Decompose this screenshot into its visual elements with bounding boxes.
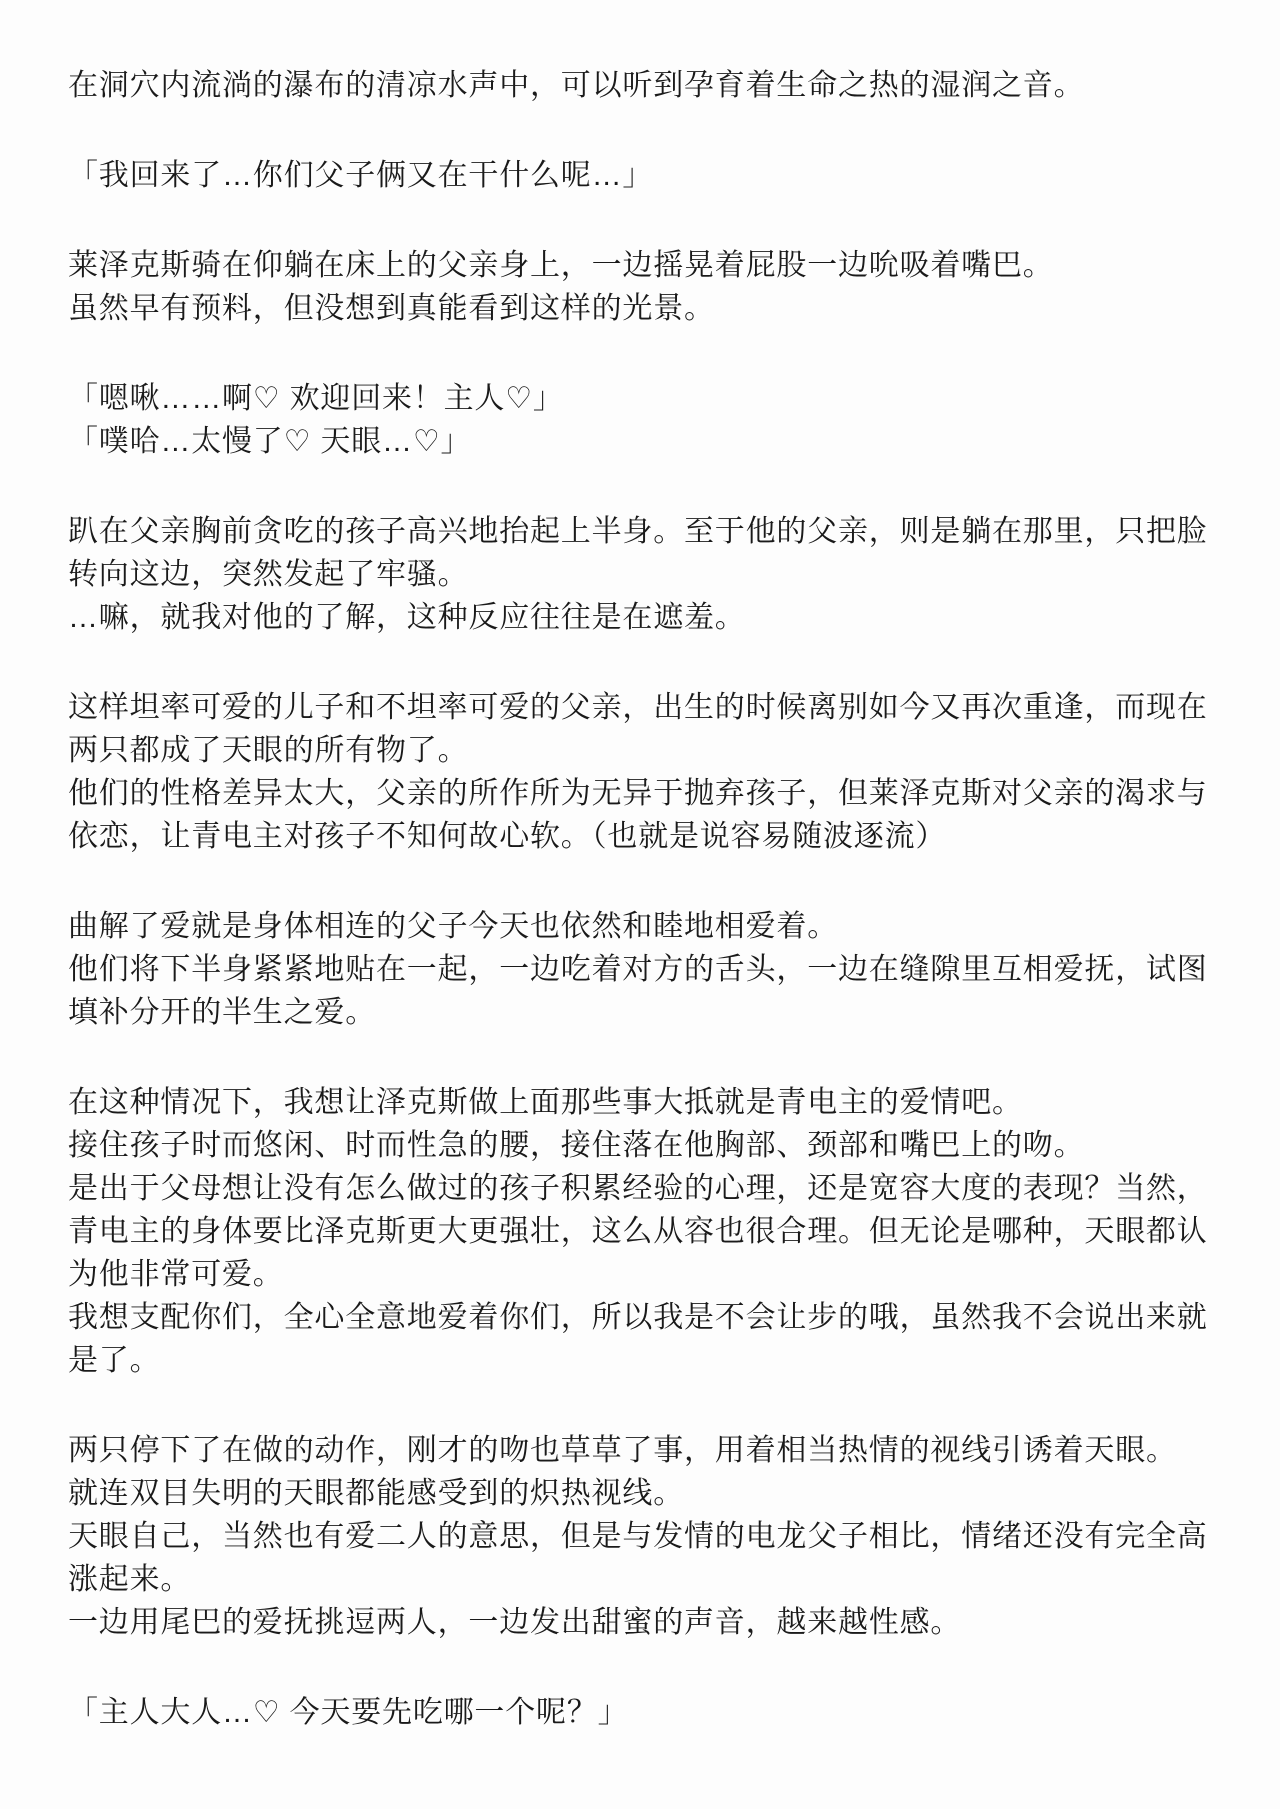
narration-line: 天眼自己，当然也有爱二人的意思，但是与发情的电龙父子相比，情绪还没有完全高涨起来… — [68, 1515, 1214, 1601]
narration-line: 一边用尾巴的爱抚挑逗两人，一边发出甜蜜的声音，越来越性感。 — [68, 1601, 1214, 1644]
narration-line: 是出于父母想让没有怎么做过的孩子积累经验的心理，还是宽容大度的表现？当然，青电主… — [68, 1167, 1214, 1296]
paragraph: 在这种情况下，我想让泽克斯做上面那些事大抵就是青电主的爱情吧。接住孩子时而悠闲、… — [68, 1081, 1214, 1382]
paragraph: 「我回来了…你们父子俩又在干什么呢…」 — [68, 154, 1214, 197]
narration-line: 他们将下半身紧紧地贴在一起，一边吃着对方的舌头，一边在缝隙里互相爱抚，试图填补分… — [68, 948, 1214, 1034]
paragraph: 莱泽克斯骑在仰躺在床上的父亲身上，一边摇晃着屁股一边吮吸着嘴巴。虽然早有预料，但… — [68, 244, 1214, 330]
narration-line: 就连双目失明的天眼都能感受到的炽热视线。 — [68, 1472, 1214, 1515]
narration-line: 虽然早有预料，但没想到真能看到这样的光景。 — [68, 287, 1214, 330]
narration-line: 趴在父亲胸前贪吃的孩子高兴地抬起上半身。至于他的父亲，则是躺在那里，只把脸转向这… — [68, 510, 1214, 596]
paragraph: 曲解了爱就是身体相连的父子今天也依然和睦地相爱着。他们将下半身紧紧地贴在一起，一… — [68, 905, 1214, 1034]
narration-line: 这样坦率可爱的儿子和不坦率可爱的父亲，出生的时候离别如今又再次重逢，而现在两只都… — [68, 686, 1214, 772]
narration-line: 接住孩子时而悠闲、时而性急的腰，接住落在他胸部、颈部和嘴巴上的吻。 — [68, 1124, 1214, 1167]
story-text: 在洞穴内流淌的瀑布的清凉水声中，可以听到孕育着生命之热的湿润之音。「我回来了…你… — [68, 64, 1214, 1734]
dialogue-line: 「噗哈…太慢了♡ 天眼…♡」 — [68, 420, 1214, 463]
paragraph: 这样坦率可爱的儿子和不坦率可爱的父亲，出生的时候离别如今又再次重逢，而现在两只都… — [68, 686, 1214, 858]
narration-line: 他们的性格差异太大，父亲的所作所为无异于抛弃孩子，但莱泽克斯对父亲的渴求与依恋，… — [68, 772, 1214, 858]
paragraph: 「主人大人…♡ 今天要先吃哪一个呢？」 — [68, 1691, 1214, 1734]
dialogue-line: 「我回来了…你们父子俩又在干什么呢…」 — [68, 154, 1214, 197]
narration-line: 在这种情况下，我想让泽克斯做上面那些事大抵就是青电主的爱情吧。 — [68, 1081, 1214, 1124]
dialogue-line: 「主人大人…♡ 今天要先吃哪一个呢？」 — [68, 1691, 1214, 1734]
dialogue-line: 「嗯啾……啊♡ 欢迎回来！主人♡」 — [68, 377, 1214, 420]
narration-line: 曲解了爱就是身体相连的父子今天也依然和睦地相爱着。 — [68, 905, 1214, 948]
document-page: 在洞穴内流淌的瀑布的清凉水声中，可以听到孕育着生命之热的湿润之音。「我回来了…你… — [0, 0, 1280, 1809]
narration-line: 在洞穴内流淌的瀑布的清凉水声中，可以听到孕育着生命之热的湿润之音。 — [68, 64, 1214, 107]
paragraph: 两只停下了在做的动作，刚才的吻也草草了事，用着相当热情的视线引诱着天眼。就连双目… — [68, 1429, 1214, 1644]
narration-line: …嘛，就我对他的了解，这种反应往往是在遮羞。 — [68, 596, 1214, 639]
paragraph: 趴在父亲胸前贪吃的孩子高兴地抬起上半身。至于他的父亲，则是躺在那里，只把脸转向这… — [68, 510, 1214, 639]
narration-line: 我想支配你们，全心全意地爱着你们，所以我是不会让步的哦，虽然我不会说出来就是了。 — [68, 1296, 1214, 1382]
narration-line: 莱泽克斯骑在仰躺在床上的父亲身上，一边摇晃着屁股一边吮吸着嘴巴。 — [68, 244, 1214, 287]
paragraph: 「嗯啾……啊♡ 欢迎回来！主人♡」「噗哈…太慢了♡ 天眼…♡」 — [68, 377, 1214, 463]
narration-line: 两只停下了在做的动作，刚才的吻也草草了事，用着相当热情的视线引诱着天眼。 — [68, 1429, 1214, 1472]
paragraph: 在洞穴内流淌的瀑布的清凉水声中，可以听到孕育着生命之热的湿润之音。 — [68, 64, 1214, 107]
